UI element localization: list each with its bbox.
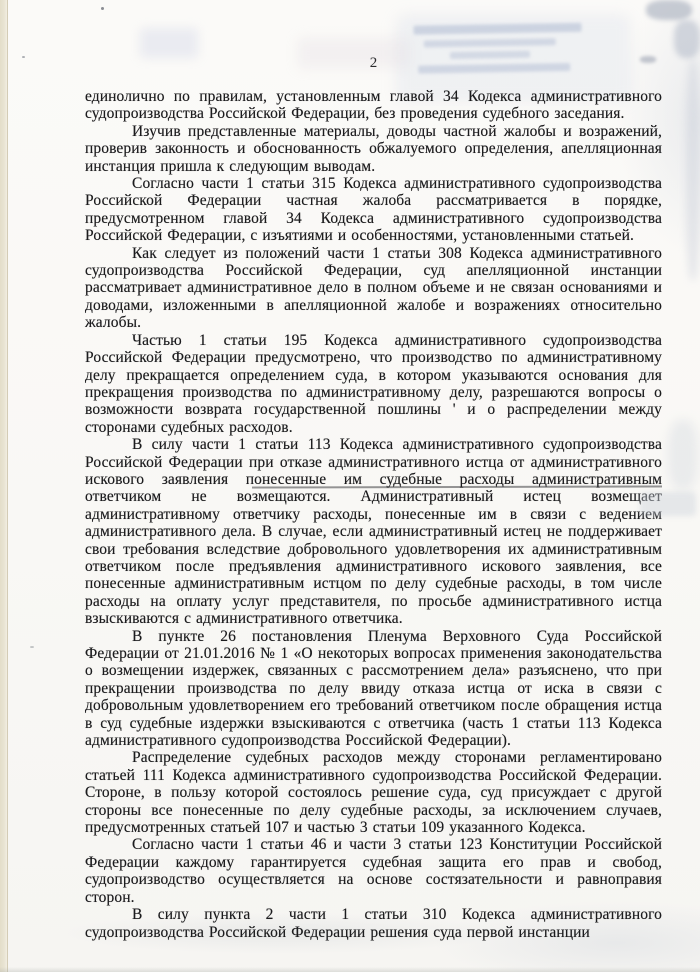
scan-shadow-artifact xyxy=(640,492,696,516)
ghost-stamp-line xyxy=(424,38,556,47)
paragraph: Как следует из положений части 1 статьи … xyxy=(85,245,662,332)
photocopy-smudge xyxy=(674,20,700,58)
page-left-edge xyxy=(0,0,8,972)
scan-speck xyxy=(22,56,25,58)
paragraph: В силу пункта 2 части 1 статьи 310 Кодек… xyxy=(85,906,662,941)
paragraph: Распределение судебных расходов между ст… xyxy=(85,749,662,836)
scanned-page: 2 единолично по правилам, установленным … xyxy=(0,0,700,972)
document-body: единолично по правилам, установленным гл… xyxy=(85,88,662,941)
photocopy-smudge xyxy=(646,0,692,20)
photocopy-smudge xyxy=(686,60,700,280)
paragraph: В силу части 1 статьи 113 Кодекса админи… xyxy=(85,436,662,627)
scan-speck xyxy=(30,646,34,648)
paragraph: Изучив представленные материалы, доводы … xyxy=(85,123,662,175)
paragraph: Согласно части 1 статьи 315 Кодекса адми… xyxy=(85,175,662,245)
page-number: 2 xyxy=(85,55,662,72)
ink-bleedthrough-mark xyxy=(140,28,198,58)
scan-speck xyxy=(101,7,104,10)
ghost-stamp-line xyxy=(413,23,581,35)
page-bottom-shadow xyxy=(0,967,700,972)
paragraph: Согласно части 1 статьи 46 и части 3 ста… xyxy=(85,836,662,906)
photocopy-smudge xyxy=(668,420,698,490)
paragraph: В пункте 26 постановления Пленума Верхов… xyxy=(85,628,662,750)
paragraph: единолично по правилам, установленным гл… xyxy=(85,88,662,123)
paragraph: Частью 1 статьи 195 Кодекса администрати… xyxy=(85,332,662,436)
